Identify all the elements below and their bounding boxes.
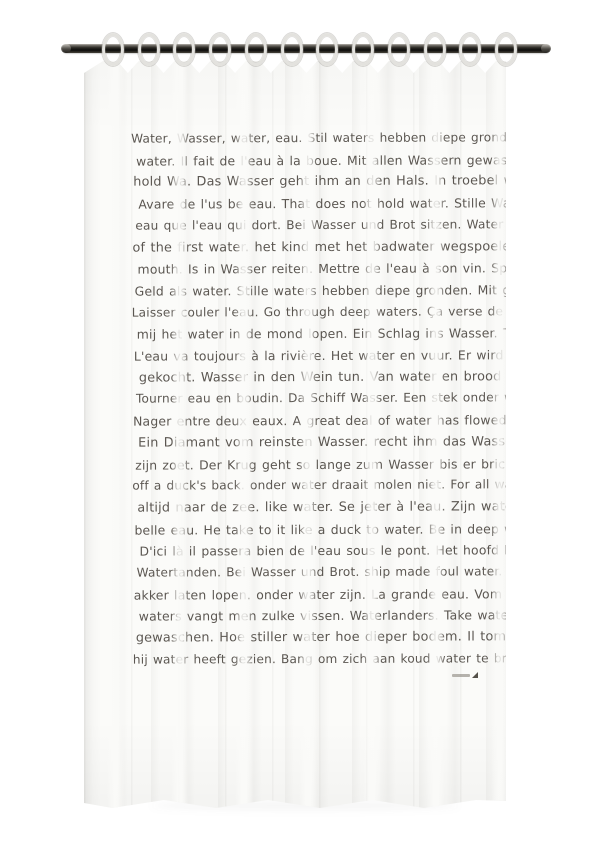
curtain-text-line: gewaschen. Hoe stiller water hoe dieper … xyxy=(136,627,499,650)
brand-triangle-icon xyxy=(472,672,478,678)
curtain-text-line: belle eau. He take to it like a duck to … xyxy=(134,518,498,541)
curtain-text-line: waters vangt men zulke vissen. Waterland… xyxy=(139,605,499,628)
curtain-text-line: Water, Wasser, water, eau. Stil waters h… xyxy=(131,127,497,150)
curtain-text-line: Ein Diamant vom reinsten Wasser. recht i… xyxy=(138,431,498,454)
curtain-text-line: Geld als water. Stille waters hebben die… xyxy=(135,279,498,302)
curtain-text-line: Nager entre deux eaux. A great deal of w… xyxy=(133,410,498,433)
curtain-text-line: Avare de l'us be eau. That does not hold… xyxy=(138,192,497,215)
brand-mark-icon xyxy=(452,672,478,679)
curtain-ring xyxy=(424,33,446,66)
curtain-text-line: altijd naar de zee. like water. Se jeter… xyxy=(137,496,498,519)
curtain-text-line: off a duck's back. onder water draait mo… xyxy=(132,475,498,498)
curtain-ring xyxy=(102,33,124,66)
curtain-text-line: hold Wa. Das Wasser geht ihm an den Hals… xyxy=(133,171,497,194)
curtain-text-line: of the first water. het kind met het bad… xyxy=(132,236,497,259)
curtain-text-line: Tourner eau en boudin. Da Schiff Wasser.… xyxy=(136,388,498,411)
product-photo: Water, Wasser, water, eau. Stil waters h… xyxy=(0,0,607,854)
curtain-text-line: zijn zoet. Der Krug geht so lange zum Wa… xyxy=(135,453,498,476)
curtain-text: Water, Wasser, water, eau. Stil waters h… xyxy=(131,127,499,671)
brand-bar xyxy=(452,674,470,677)
curtain-text-line: mouth. Is in Wasser reiten. Mettre de l'… xyxy=(138,258,498,281)
curtain-text-line: Laisser couler l'eau. Go through deep wa… xyxy=(132,301,498,324)
curtain-text-line: gekocht. Wasser in den Wein tun. Van wat… xyxy=(139,366,498,389)
shower-curtain: Water, Wasser, water, eau. Stil waters h… xyxy=(84,58,506,810)
curtain-ring xyxy=(281,33,303,66)
curtain-ring xyxy=(245,33,267,66)
curtain-ring xyxy=(352,33,374,66)
curtain-text-line: akker laten lopen. onder water zijn. La … xyxy=(134,583,499,606)
curtain-rings xyxy=(0,0,607,70)
curtain-ring xyxy=(459,33,481,66)
curtain-text-line: D'ici là il passera bien de l'eau sous l… xyxy=(139,540,498,563)
curtain-ring xyxy=(388,33,410,66)
curtain-text-line: eau que l'eau qui dort. Bei Wasser und B… xyxy=(135,214,497,237)
curtain-ring xyxy=(209,33,231,66)
curtain-text-line: hij water heeft gezien. Bang om zich aan… xyxy=(133,648,499,671)
curtain-text-line: L'eau va toujours à la rivière. Het wate… xyxy=(134,344,498,367)
curtain-text-line: water. Il fait de l'eau à la boue. Mit a… xyxy=(136,149,497,172)
curtain-text-line: Watertanden. Bei Wasser und Brot. ship m… xyxy=(137,561,499,584)
curtain-text-line: mij het water in de mond lopen. Ein Schl… xyxy=(137,323,498,346)
curtain-ring xyxy=(173,33,195,66)
curtain-ring xyxy=(316,33,338,66)
curtain-ring xyxy=(138,33,160,66)
curtain-ring xyxy=(495,33,517,66)
